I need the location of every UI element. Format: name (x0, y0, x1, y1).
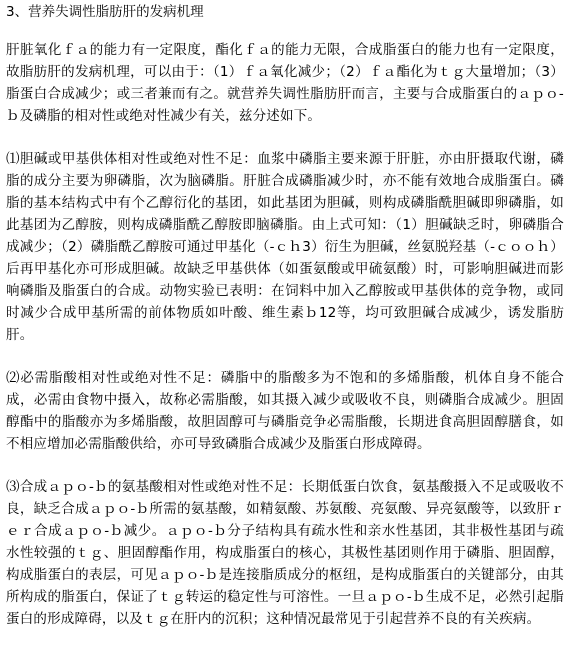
essential-fatty-acid-paragraph: ⑵必需脂酸相对性或绝对性不足：磷脂中的脂酸多为不饱和的多烯脂酸，机体自身不能合成… (6, 367, 564, 455)
intro-paragraph: 肝脏氧化ｆａ的能力有一定限度，酯化ｆａ的能力无限，合成脂蛋白的能力也有一定限度，… (6, 39, 564, 127)
choline-paragraph: ⑴胆碱或甲基供体相对性或绝对性不足：血浆中磷脂主要来源于肝脏，亦由肝摄取代谢，磷… (6, 148, 564, 346)
amino-acid-paragraph: ⑶合成ａｐｏ-ｂ的氨基酸相对性或绝对性不足：长期低蛋白饮食，氨基酸摄入不足或吸收… (6, 476, 564, 630)
section-title: 3、营养失调性脂肪肝的发病机理 (6, 2, 564, 22)
document-page: 3、营养失调性脂肪肝的发病机理 肝脏氧化ｆａ的能力有一定限度，酯化ｆａ的能力无限… (0, 0, 564, 630)
